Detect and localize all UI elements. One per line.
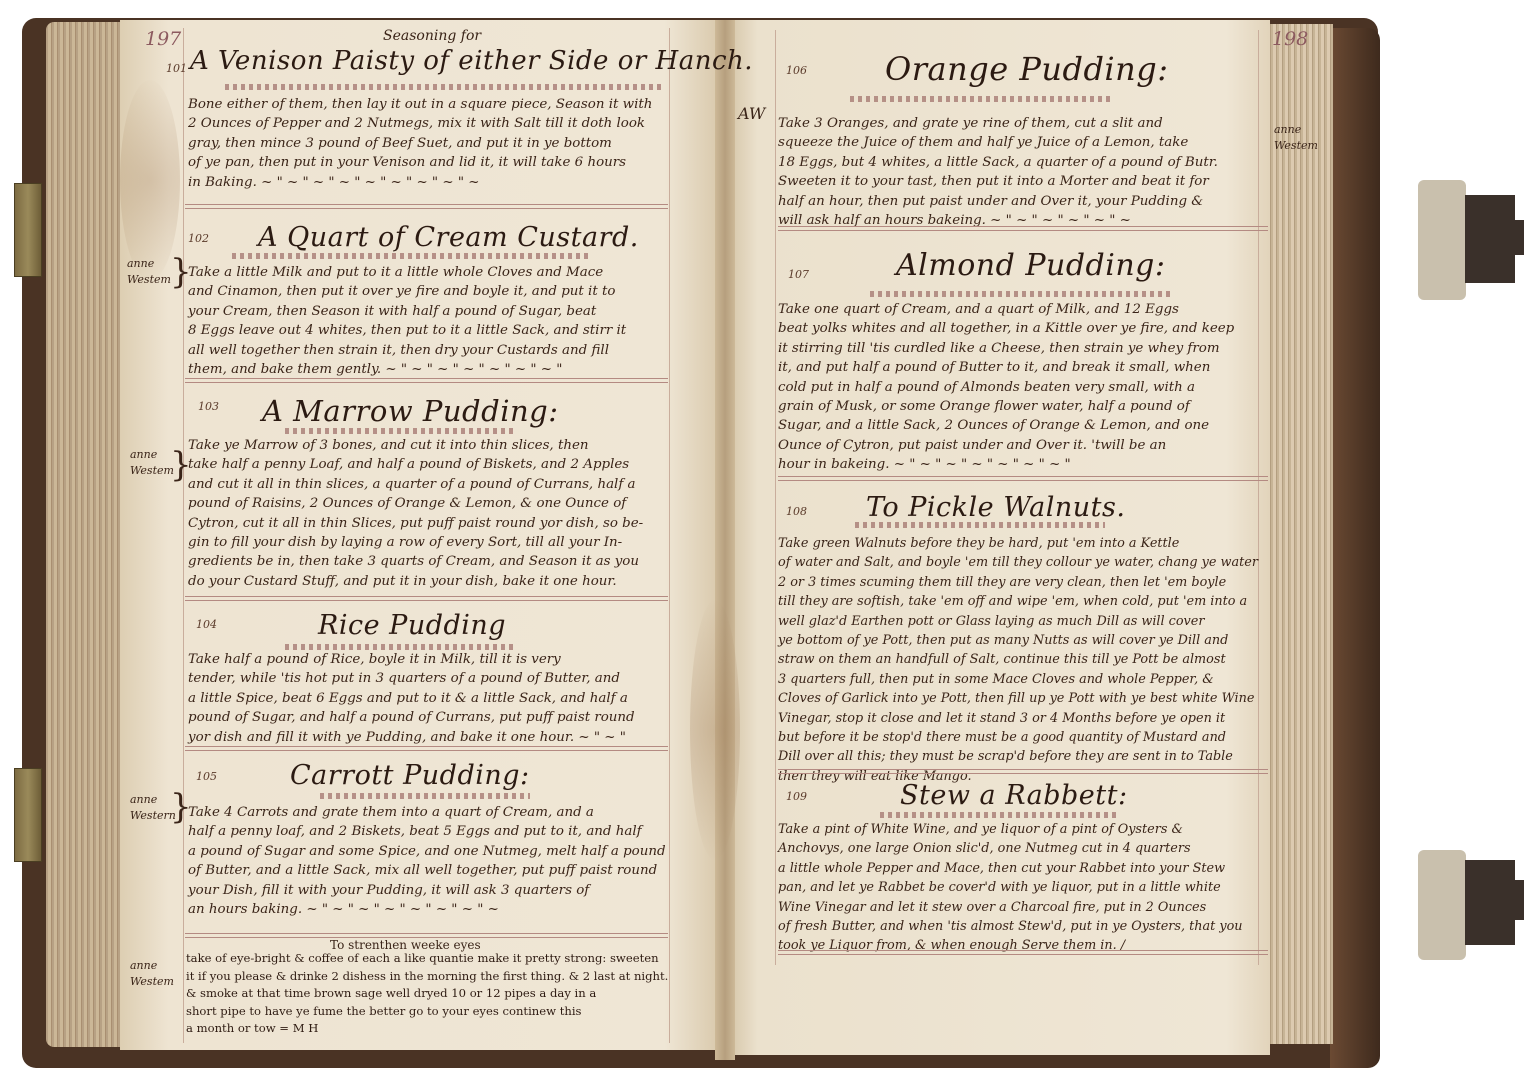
recipe-number: 103 <box>198 400 219 413</box>
recipe-line: and cut it all in thin slices, a quarter… <box>188 475 643 494</box>
recipe-title: A Quart of Cream Custard. <box>258 222 639 253</box>
recipe-title-insertion: Seasoning for <box>383 28 481 44</box>
clasp-right-top-hinge <box>1465 195 1515 283</box>
clasp-right-top <box>1418 180 1466 300</box>
recipe-line: Take a little Milk and put to it a littl… <box>188 263 626 282</box>
recipe-line: take half a penny Loaf, and half a pound… <box>188 455 643 474</box>
section-rule <box>185 378 668 383</box>
recipe-body: Bone either of them, then lay it out in … <box>188 95 652 192</box>
note-line: & smoke at that time brown sage well dry… <box>186 985 668 1003</box>
margin-note-line: anne <box>130 959 157 972</box>
folio-number: 198 <box>1272 28 1308 50</box>
recipe-body: Take a little Milk and put to it a littl… <box>188 263 626 379</box>
recipe-line: cold put in half a pound of Almonds beat… <box>778 378 1234 397</box>
recipe-line: a pound of Sugar and some Spice, and one… <box>188 842 666 861</box>
section-rule <box>185 596 668 601</box>
note-line: take of eye-bright & coffee of each a li… <box>186 950 668 968</box>
recipe-line: squeeze the Juice of them and half ye Ju… <box>778 133 1218 152</box>
recipe-body: Take ye Marrow of 3 bones, and cut it in… <box>188 436 643 591</box>
recipe-line: 2 or 3 times scuming them till they are … <box>778 573 1258 592</box>
clasp-left-bottom <box>14 768 42 862</box>
recipe-line: Anchovys, one large Onion slic'd, one Nu… <box>778 839 1243 858</box>
margin-note-line: Westem <box>1274 139 1318 152</box>
recipe-title: Almond Pudding: <box>896 248 1165 283</box>
recipe-line: Vinegar, stop it close and let it stand … <box>778 709 1258 728</box>
recipe-line: Take 4 Carrots and grate them into a qua… <box>188 803 666 822</box>
recipe-line: of Butter, and a little Sack, mix all we… <box>188 861 666 880</box>
recipe-line: pound of Sugar, and half a pound of Curr… <box>188 708 635 727</box>
note-line: a month or tow = M H <box>186 1020 668 1038</box>
recipe-line: pan, and let ye Rabbet be cover'd with y… <box>778 878 1243 897</box>
title-underline <box>285 428 515 434</box>
clasp-left-top <box>14 183 42 277</box>
recipe-number: 106 <box>786 64 807 77</box>
recipe-line: ye bottom of ye Pott, then put as many N… <box>778 631 1258 650</box>
recipe-line: 18 Eggs, but 4 whites, a little Sack, a … <box>778 153 1218 172</box>
recipe-line: gray, then mince 3 pound of Beef Suet, a… <box>188 134 652 153</box>
recipe-number: 102 <box>188 232 209 245</box>
recipe-line: well glaz'd Earthen pott or Glass laying… <box>778 612 1258 631</box>
recipe-line: Dill over all this; they must be scrap'd… <box>778 747 1258 766</box>
recipe-line: yor dish and fill it with ye Pudding, an… <box>188 728 635 747</box>
recipe-number: 104 <box>196 618 217 631</box>
note-body: take of eye-bright & coffee of each a li… <box>186 950 668 1038</box>
clasp-right-bottom <box>1418 850 1466 960</box>
margin-note-line: Western <box>130 809 176 822</box>
recipe-number: 107 <box>788 268 809 281</box>
recipe-line: in Baking. ~ " ~ " ~ " ~ " ~ " ~ " ~ " ~… <box>188 173 652 192</box>
recipe-line: Bone either of them, then lay it out in … <box>188 95 652 114</box>
recipe-line: your Dish, fill it with your Pudding, it… <box>188 881 666 900</box>
recipe-line: gredients be in, then take 3 quarts of C… <box>188 552 643 571</box>
recipe-line: Cloves of Garlick into ye Pott, then fil… <box>778 689 1258 708</box>
recipe-title: To Pickle Walnuts. <box>866 492 1125 523</box>
recipe-line: Ounce of Cytron, put paist under and Ove… <box>778 436 1234 455</box>
recipe-line: pound of Raisins, 2 Ounces of Orange & L… <box>188 494 643 513</box>
recipe-line: beat yolks whites and all together, in a… <box>778 319 1234 338</box>
margin-note-line: anne <box>130 793 157 806</box>
recipe-line: tender, while 'tis hot put in 3 quarters… <box>188 669 635 688</box>
page-edges-right <box>1265 24 1333 1044</box>
margin-attribution: anne Westem <box>130 958 174 990</box>
title-underline <box>225 84 665 90</box>
recipe-line: do your Custard Stuff, and put it in you… <box>188 572 643 591</box>
margin-note-line: Westem <box>130 975 174 988</box>
paper-stain <box>120 80 180 280</box>
title-underline <box>850 96 1110 102</box>
recipe-line: Take ye Marrow of 3 bones, and cut it in… <box>188 436 643 455</box>
recipe-line: Take green Walnuts before they be hard, … <box>778 534 1258 553</box>
recipe-title: Carrott Pudding: <box>290 760 530 791</box>
binding-edge-right <box>1330 28 1380 1068</box>
clasp-right-bottom-tip <box>1512 880 1524 920</box>
recipe-line: it, and put half a pound of Butter to it… <box>778 358 1234 377</box>
title-underline <box>855 522 1105 528</box>
recipe-number: 101 <box>166 62 187 75</box>
note-line: it if you please & drinke 2 dishess in t… <box>186 968 668 986</box>
recipe-body: Take one quart of Cream, and a quart of … <box>778 300 1234 475</box>
recipe-line: gin to fill your dish by laying a row of… <box>188 533 643 552</box>
book-gutter <box>715 20 735 1060</box>
title-underline <box>232 253 592 259</box>
recipe-body: Take half a pound of Rice, boyle it in M… <box>188 650 635 747</box>
recipe-number: 108 <box>786 505 807 518</box>
recipe-line: Take a pint of White Wine, and ye liquor… <box>778 820 1243 839</box>
note-line: short pipe to have ye fume the better go… <box>186 1003 668 1021</box>
recipe-line: grain of Musk, or some Orange flower wat… <box>778 397 1234 416</box>
recipe-number: 105 <box>196 770 217 783</box>
recipe-line: Sweeten it to your tast, then put it int… <box>778 172 1218 191</box>
section-rule <box>778 769 1268 774</box>
recipe-number: 109 <box>786 790 807 803</box>
recipe-line: Cytron, cut it all in thin Slices, put p… <box>188 514 643 533</box>
section-rule <box>778 226 1268 231</box>
margin-note-line: Westem <box>130 464 174 477</box>
recipe-line: Take 3 Oranges, and grate ye rine of the… <box>778 114 1218 133</box>
recipe-line: straw on them an handfull of Salt, conti… <box>778 650 1258 669</box>
section-rule <box>778 950 1268 955</box>
margin-initials: AW <box>738 106 765 122</box>
recipe-line: of water and Salt, and boyle 'em till th… <box>778 553 1258 572</box>
recipe-line: Take one quart of Cream, and a quart of … <box>778 300 1234 319</box>
title-underline <box>880 812 1120 818</box>
recipe-body: Take green Walnuts before they be hard, … <box>778 534 1258 786</box>
margin-attribution: anne Westem <box>127 256 171 288</box>
recipe-line: hour in bakeing. ~ " ~ " ~ " ~ " ~ " ~ "… <box>778 455 1234 474</box>
section-rule <box>185 746 668 751</box>
recipe-title: Rice Pudding <box>318 610 506 641</box>
recipe-title: Orange Pudding: <box>885 50 1169 88</box>
margin-note-line: anne <box>127 257 154 270</box>
recipe-line: Sugar, and a little Sack, 2 Ounces of Or… <box>778 416 1234 435</box>
recipe-line: it stirring till 'tis curdled like a Che… <box>778 339 1234 358</box>
clasp-right-top-tip <box>1512 220 1524 255</box>
recipe-line: half a penny loaf, and 2 Biskets, beat 5… <box>188 822 666 841</box>
margin-note-line: anne <box>130 448 157 461</box>
recipe-body: Take a pint of White Wine, and ye liquor… <box>778 820 1243 956</box>
margin-note-line: anne <box>1274 123 1301 136</box>
recipe-line: them, and bake them gently. ~ " ~ " ~ " … <box>188 360 626 379</box>
recipe-line: 3 quarters full, then put in some Mace C… <box>778 670 1258 689</box>
recipe-line: your Cream, then Season it with half a p… <box>188 302 626 321</box>
recipe-line: 8 Eggs leave out 4 whites, then put to i… <box>188 321 626 340</box>
recipe-body: Take 4 Carrots and grate them into a qua… <box>188 803 666 919</box>
recipe-line: and Cinamon, then put it over ye fire an… <box>188 282 626 301</box>
recipe-title: Stew a Rabbett: <box>900 780 1128 811</box>
recipe-line: Take half a pound of Rice, boyle it in M… <box>188 650 635 669</box>
recipe-line: a little whole Pepper and Mace, then cut… <box>778 859 1243 878</box>
recipe-title: A Marrow Pudding: <box>262 394 558 428</box>
clasp-right-bottom-hinge <box>1465 860 1515 945</box>
recipe-title: A Venison Paisty of either Side or Hanch… <box>190 46 753 76</box>
page-edges-left <box>46 22 128 1047</box>
title-underline <box>870 291 1170 297</box>
recipe-line: 2 Ounces of Pepper and 2 Nutmegs, mix it… <box>188 114 652 133</box>
recipe-body: Take 3 Oranges, and grate ye rine of the… <box>778 114 1218 230</box>
recipe-line: all well together then strain it, then d… <box>188 341 626 360</box>
recipe-line: Wine Vinegar and let it stew over a Char… <box>778 898 1243 917</box>
recipe-line: a little Spice, beat 6 Eggs and put to i… <box>188 689 635 708</box>
paper-stain <box>690 600 740 860</box>
recipe-line: till they are softish, take 'em off and … <box>778 592 1258 611</box>
recipe-line: half an hour, then put paist under and O… <box>778 192 1218 211</box>
margin-attribution: anne Westem <box>1274 122 1318 154</box>
recipe-line: an hours baking. ~ " ~ " ~ " ~ " ~ " ~ "… <box>188 900 666 919</box>
section-rule <box>185 204 668 209</box>
recipe-line: but before it be stop'd there must be a … <box>778 728 1258 747</box>
margin-note-line: Westem <box>127 273 171 286</box>
folio-number: 197 <box>145 28 181 50</box>
section-rule <box>778 476 1268 481</box>
recipe-line: of ye pan, then put in your Venison and … <box>188 153 652 172</box>
margin-attribution: anne Western <box>130 792 176 824</box>
margin-attribution: anne Westem <box>130 447 174 479</box>
title-underline <box>320 793 530 799</box>
recipe-line: of fresh Butter, and when 'tis almost St… <box>778 917 1243 936</box>
